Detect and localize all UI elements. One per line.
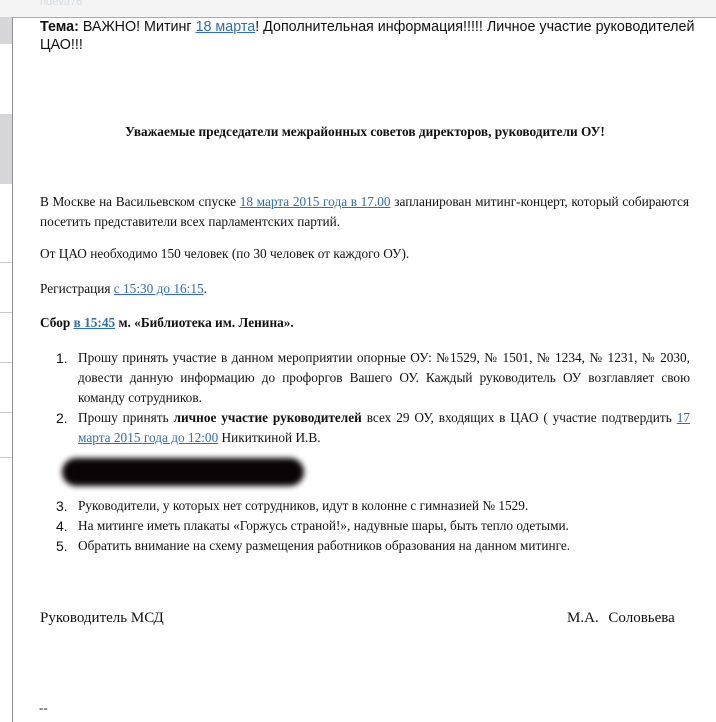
paragraph-quota: От ЦАО необходимо 150 человек (по 30 чел… — [40, 244, 689, 264]
message-list-edge[interactable] — [0, 17, 13, 722]
registration-time-link[interactable]: с 15:30 до 16:15 — [114, 281, 204, 296]
event-date-link[interactable]: 18 марта 2015 года в 17.00 — [240, 194, 391, 209]
paragraph-event: В Москве на Васильевском спуске 18 марта… — [40, 192, 689, 232]
signature-separator: -- — [39, 700, 48, 716]
list-number: 4. — [56, 516, 68, 536]
list-item-text: Прошу принять — [78, 410, 174, 425]
paragraph-text: м. «Библиотека им. Ленина». — [115, 315, 294, 330]
list-divider — [0, 262, 12, 263]
paragraph-registration: Регистрация с 15:30 до 16:15. — [40, 279, 689, 299]
list-item: 3. Руководители, у которых нет сотрудник… — [40, 496, 690, 516]
list-item-text: На митинге иметь плакаты «Горжусь страно… — [78, 518, 569, 533]
list-item-bold: личное участие руководителей — [174, 410, 362, 425]
list-number: 5. — [56, 536, 68, 556]
signature-title: Руководитель МСД — [40, 610, 164, 627]
list-number: 1. — [56, 348, 68, 368]
redaction-marker — [62, 458, 304, 486]
list-divider — [0, 312, 12, 313]
paragraph-text: . — [204, 281, 207, 296]
instructions-list: 1. Прошу принять участие в данном меропр… — [40, 348, 690, 556]
letter-salutation: Уважаемые председатели межрайонных совет… — [40, 124, 690, 140]
list-item-text: Руководители, у которых нет сотрудников,… — [78, 498, 528, 513]
list-item-text: Прошу принять участие в данном мероприят… — [78, 350, 690, 405]
paragraph-text: Сбор — [40, 315, 74, 330]
gathering-time-link[interactable]: в 15:45 — [74, 315, 116, 330]
list-item-text: Обратить внимание на схему размещения ра… — [78, 538, 570, 553]
list-divider — [0, 457, 12, 458]
list-divider — [0, 362, 12, 363]
list-divider — [0, 412, 12, 413]
subject-date-link[interactable]: 18 марта — [196, 19, 256, 35]
list-item-text: Никиткиной И.В. — [218, 430, 320, 445]
mail-header-bar: ndeva76 — [0, 0, 716, 18]
signature-name: М.А. Соловьева — [567, 610, 675, 627]
list-item-selected-edge[interactable] — [0, 17, 12, 44]
list-item: 5. Обратить внимание на схему размещения… — [40, 536, 690, 556]
subject-text-1: ВАЖНО! Митинг — [79, 19, 196, 35]
list-item: 4. На митинге иметь плакаты «Горжусь стр… — [40, 516, 690, 536]
list-number: 2. — [56, 408, 68, 428]
list-item-edge[interactable] — [0, 114, 12, 184]
list-item: 2. Прошу принять личное участие руководи… — [40, 408, 690, 448]
list-item: 1. Прошу принять участие в данном меропр… — [40, 348, 690, 408]
email-subject: Тема: ВАЖНО! Митинг 18 марта! Дополнител… — [40, 18, 710, 54]
paragraph-gathering: Сбор в 15:45 м. «Библиотека им. Ленина». — [40, 313, 689, 333]
list-number: 3. — [56, 496, 68, 516]
subject-label: Тема: — [40, 19, 79, 35]
sender-fragment: ndeva76 — [40, 0, 82, 8]
paragraph-text: Регистрация — [40, 281, 114, 296]
list-item-text: всех 29 ОУ, входящих в ЦАО ( участие под… — [362, 410, 677, 425]
paragraph-text: В Москве на Васильевском спуске — [40, 194, 240, 209]
